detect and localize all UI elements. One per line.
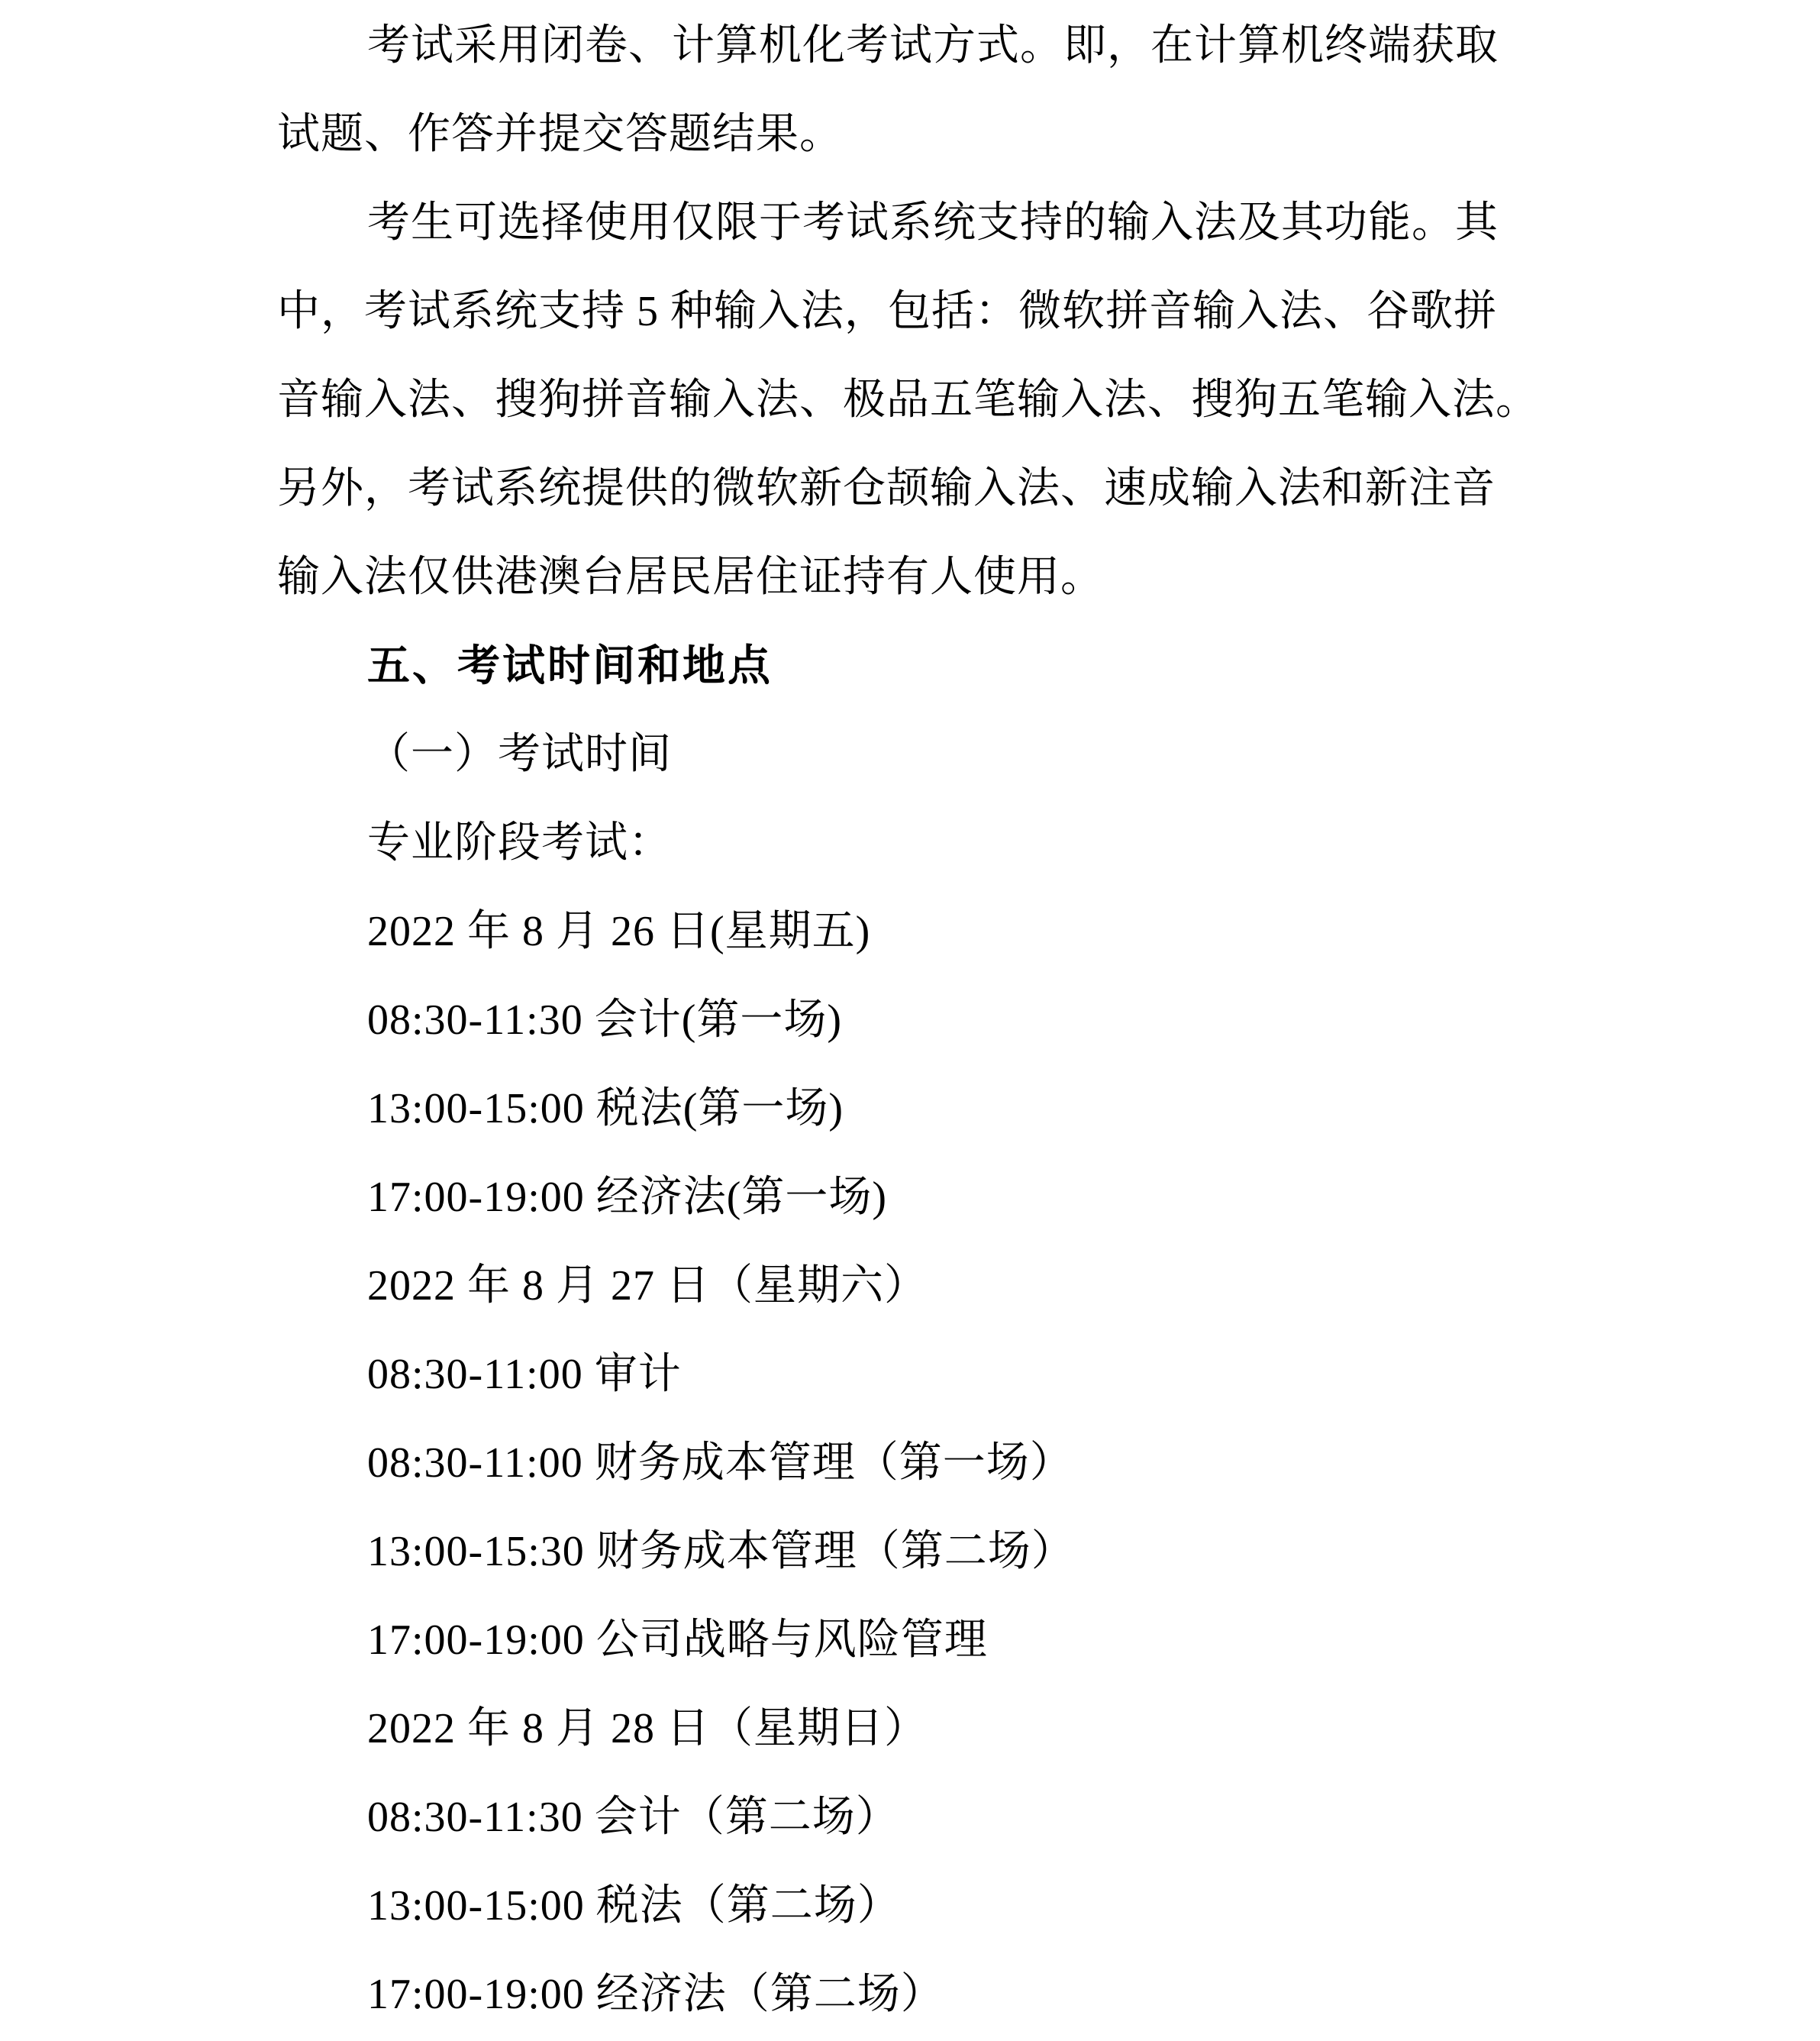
exam-date-line: 2022 年 8 月 27 日（星期六）	[277, 1242, 1545, 1330]
body-line: 考试采用闭卷、计算机化考试方式。即，在计算机终端获取	[277, 2, 1545, 90]
exam-date-line: 2022 年 8 月 26 日(星期五)	[277, 887, 1545, 976]
exam-date-line: 2022 年 8 月 28 日（星期日）	[277, 1684, 1545, 1773]
exam-session-line: 08:30-11:30 会计（第二场）	[277, 1773, 1545, 1862]
document-page: 考试采用闭卷、计算机化考试方式。即，在计算机终端获取 试题、作答并提交答题结果。…	[0, 0, 1820, 2041]
body-line: 考生可选择使用仅限于考试系统支持的输入法及其功能。其	[277, 179, 1545, 267]
exam-session-line: 17:00-19:00 经济法（第二场）	[277, 1950, 1545, 2039]
body-line: 音输入法、搜狗拼音输入法、极品五笔输入法、搜狗五笔输入法。	[277, 356, 1545, 444]
exam-session-line: 17:00-19:00 公司战略与风险管理	[277, 1596, 1545, 1684]
exam-session-line: 13:00-15:00 税法(第一场)	[277, 1064, 1545, 1153]
body-line: 中，考试系统支持 5 种输入法，包括：微软拼音输入法、谷歌拼	[277, 267, 1545, 356]
exam-session-line: 17:00-19:00 经济法(第一场)	[277, 1153, 1545, 1242]
exam-session-line: 13:00-15:00 税法（第二场）	[277, 1862, 1545, 1950]
body-line: 另外，考试系统提供的微软新仓颉输入法、速成输入法和新注音	[277, 444, 1545, 533]
body-line: 试题、作答并提交答题结果。	[277, 90, 1545, 179]
exam-session-line: 13:00-15:30 财务成本管理（第二场）	[277, 1507, 1545, 1596]
exam-session-line: 08:30-11:30 会计(第一场)	[277, 976, 1545, 1064]
exam-session-line: 08:30-11:00 审计	[277, 1330, 1545, 1419]
exam-session-line: 08:30-11:00 财务成本管理（第一场）	[277, 1419, 1545, 1507]
subsection-heading: （一）考试时间	[277, 710, 1545, 799]
body-line: 输入法仅供港澳台居民居住证持有人使用。	[277, 533, 1545, 622]
stage-label: 专业阶段考试：	[277, 799, 1545, 887]
section-heading: 五、考试时间和地点	[277, 622, 1545, 710]
